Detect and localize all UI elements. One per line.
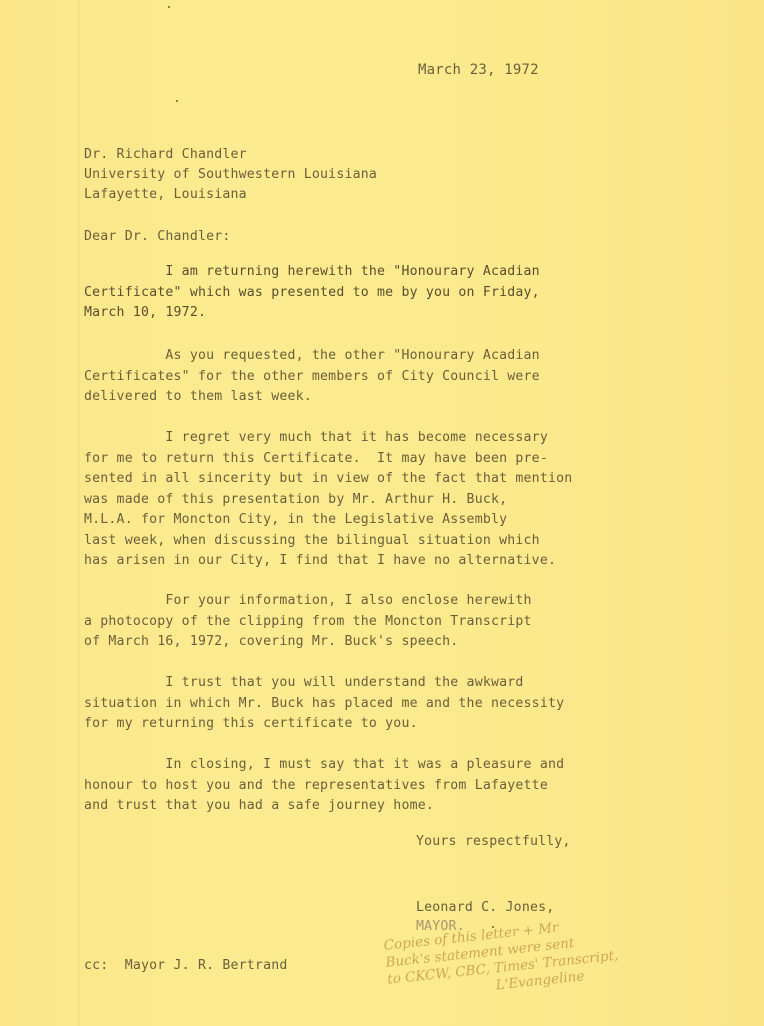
recipient-name: Dr. Richard Chandler	[84, 147, 247, 162]
paragraph-4: For your information, I also enclose her…	[84, 591, 532, 653]
recipient-location: Lafayette, Louisiana	[84, 187, 247, 202]
paragraph-2: As you requested, the other "Honourary A…	[84, 346, 540, 408]
paper-speck	[168, 6, 170, 8]
salutation: Dear Dr. Chandler:	[84, 229, 231, 244]
signer-name: Leonard C. Jones,	[416, 900, 554, 915]
letter-date: March 23, 1972	[418, 62, 539, 78]
paragraph-3: I regret very much that it has become ne…	[84, 428, 572, 572]
paper-speck	[176, 100, 178, 102]
paper-fold-line	[78, 0, 79, 1026]
paragraph-5: I trust that you will understand the awk…	[84, 673, 564, 735]
cc-line: cc: Mayor J. R. Bertrand	[84, 958, 288, 973]
recipient-address: Dr. Richard Chandler University of South…	[84, 145, 377, 205]
paper-speck	[492, 926, 494, 928]
paragraph-1: I am returning herewith the "Honourary A…	[84, 262, 540, 324]
recipient-institution: University of Southwestern Louisiana	[84, 167, 377, 182]
closing: Yours respectfully,	[416, 834, 571, 849]
letter-page: March 23, 1972 Dr. Richard Chandler Univ…	[0, 0, 764, 1026]
paragraph-6: In closing, I must say that it was a ple…	[84, 755, 564, 817]
